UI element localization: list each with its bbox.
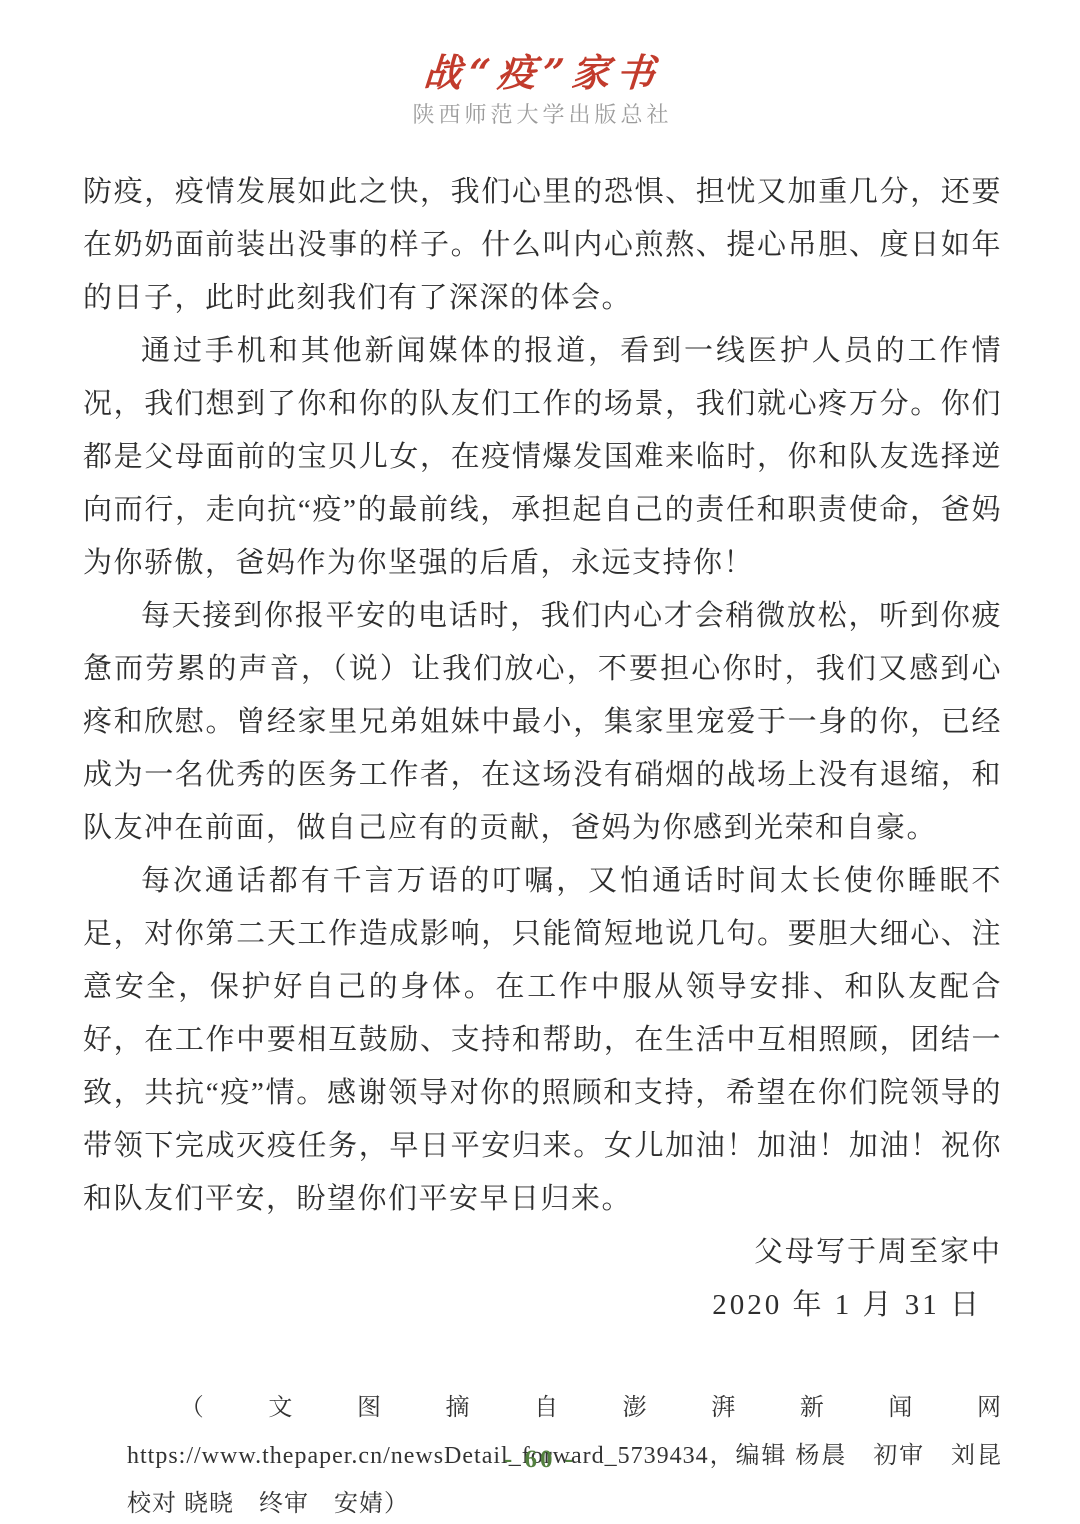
letter-signature: 父母写于周至家中 [83, 1226, 1002, 1279]
letter-date: 2020 年 1 月 31 日 [83, 1279, 1002, 1332]
page-number: - 60 - [504, 1446, 576, 1474]
letter-paragraph-3: 每天接到你报平安的电话时，我们内心才会稍微放松，听到你疲惫而劳累的声音，（说）让… [83, 590, 1002, 855]
letter-paragraph-1: 防疫，疫情发展如此之快，我们心里的恐惧、担忧又加重几分，还要在奶奶面前装出没事的… [83, 166, 1002, 325]
letter-body: 防疫，疫情发展如此之快，我们心里的恐惧、担忧又加重几分，还要在奶奶面前装出没事的… [83, 166, 1002, 1524]
brand-logo: 战“疫”家书 [81, 50, 1003, 96]
letter-paragraph-4: 每次通话都有千言万语的叮嘱，又怕通话时间太长使你睡眠不足，对你第二天工作造成影响… [83, 855, 1002, 1226]
publisher-name: 陕西师范大学出版总社 [83, 100, 1002, 130]
publisher-header: 战“疫”家书 陕西师范大学出版总社 [83, 50, 1002, 130]
page-footer: - 60 - [0, 1446, 1080, 1474]
book-page: 战“疫”家书 陕西师范大学出版总社 防疫，疫情发展如此之快，我们心里的恐惧、担忧… [0, 0, 1080, 1524]
letter-paragraph-2: 通过手机和其他新闻媒体的报道，看到一线医护人员的工作情况，我们想到了你和你的队友… [83, 325, 1002, 590]
